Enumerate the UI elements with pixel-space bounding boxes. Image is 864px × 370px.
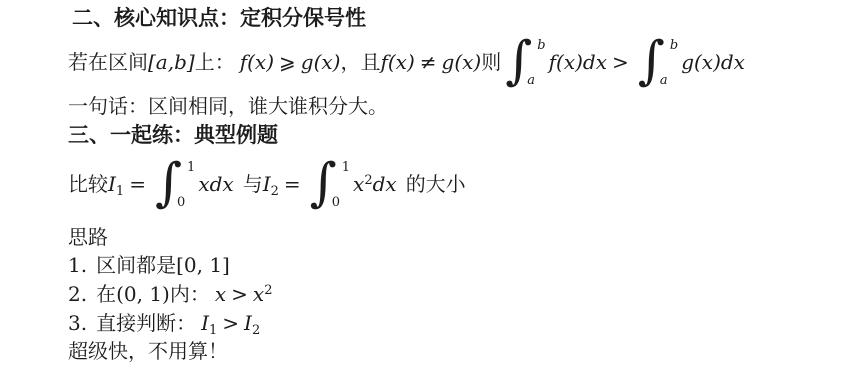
integral-limits: ba <box>532 37 545 88</box>
math-dx: dx <box>373 172 397 196</box>
subscript-2: 2 <box>271 184 279 199</box>
integral-lower-limit: a <box>660 74 678 87</box>
math-f-dx: f(x)dx <box>549 50 607 74</box>
math-interval-ab: [a,b] <box>148 50 195 74</box>
math-g-dx: g(x)dx <box>681 50 745 74</box>
step-text: 在 <box>96 284 116 306</box>
math-x-dx: xdx <box>198 172 233 196</box>
text-run-comma-and: ，且 <box>340 52 380 74</box>
text-run-if-interval: 若在区间 <box>68 52 148 74</box>
geq-symbol: ⩾ <box>279 50 296 74</box>
example-formula-line: 比较I1=∫10xdx与I2=∫10x2dx的大小 <box>68 156 864 212</box>
step-number: 1. <box>68 253 87 277</box>
math-x: x <box>215 282 226 306</box>
math-I: I <box>244 311 252 335</box>
step-1: 1.区间都是[0, 1] <box>68 254 864 277</box>
greater-than-symbol: > <box>222 311 239 335</box>
integral-limits: 10 <box>337 159 350 210</box>
heading-core-knowledge: 二、核心知识点：定积分保号性 <box>72 8 864 30</box>
step-text: 直接判断： <box>96 313 196 335</box>
math-f-of-x: f(x) <box>380 50 414 74</box>
integral-0-to-1: ∫10 <box>310 159 350 210</box>
math-x-squared-dx: x2dx <box>353 174 397 196</box>
closing-sentence: 超级快，不用算！ <box>68 341 864 363</box>
summary-sentence: 一句话：区间相同，谁大谁积分大。 <box>68 96 864 118</box>
math-x-squared: x2 <box>253 284 273 306</box>
integral-a-to-b: ∫ba <box>638 37 678 88</box>
integral-limits: 10 <box>182 159 195 210</box>
greater-than-symbol: > <box>612 50 629 74</box>
integral-0-to-1: ∫10 <box>155 159 195 210</box>
integral-upper-limit: b <box>665 39 678 52</box>
math-f-of-x: f(x) <box>240 50 274 74</box>
integral-lower-limit: 0 <box>177 196 195 209</box>
integral-lower-limit: a <box>527 74 545 87</box>
step-text: 区间都是 <box>96 255 176 277</box>
math-interval-01: [0, 1] <box>176 253 230 277</box>
text-run-then: 则 <box>481 52 501 74</box>
integral-limits: ba <box>665 37 678 88</box>
math-g-of-x: g(x) <box>301 50 341 74</box>
document-page: 二、核心知识点：定积分保号性 若在区间[a,b]上： f(x)⩾g(x)，且f(… <box>0 0 864 363</box>
step-number: 3. <box>68 311 87 335</box>
equals-symbol: = <box>129 172 146 196</box>
superscript-2: 2 <box>264 283 272 298</box>
math-I2: I2 <box>244 313 260 335</box>
math-I: I <box>108 172 116 196</box>
math-I1: I1 <box>201 313 217 335</box>
integral-upper-limit: 1 <box>337 161 350 174</box>
superscript-2: 2 <box>364 173 372 188</box>
step-2: 2.在(0, 1)内： x>x2 <box>68 283 864 306</box>
math-I1: I1 <box>108 174 124 196</box>
step-number: 2. <box>68 282 87 306</box>
equals-symbol: = <box>284 172 301 196</box>
subscript-1: 1 <box>209 323 217 338</box>
text-run-compare: 比较 <box>68 174 108 196</box>
math-open-interval-01: (0, 1) <box>116 282 170 306</box>
sign-preserving-formula-line: 若在区间[a,b]上： f(x)⩾g(x)，且f(x)≠g(x)则∫baf(x)… <box>68 34 864 90</box>
integral-upper-limit: 1 <box>182 161 195 174</box>
math-I: I <box>263 172 271 196</box>
integral-upper-limit: b <box>532 39 545 52</box>
neq-symbol: ≠ <box>420 50 437 74</box>
subscript-1: 1 <box>116 184 124 199</box>
step-text: 内： <box>170 284 210 306</box>
subscript-2: 2 <box>252 323 260 338</box>
math-g-of-x: g(x) <box>442 50 482 74</box>
text-run-on-colon: 上： <box>195 52 235 74</box>
text-run-and: 与 <box>243 174 263 196</box>
math-I2: I2 <box>263 174 279 196</box>
integral-a-to-b: ∫ba <box>505 37 545 88</box>
heading-practice: 三、一起练：典型例题 <box>68 125 864 147</box>
math-x: x <box>353 172 364 196</box>
text-run-size: 的大小 <box>406 174 466 196</box>
integral-lower-limit: 0 <box>332 196 350 209</box>
step-3: 3.直接判断： I1>I2 <box>68 312 864 335</box>
math-x: x <box>253 282 264 306</box>
idea-title: 思路 <box>68 227 864 249</box>
greater-than-symbol: > <box>231 282 248 306</box>
math-I: I <box>201 311 209 335</box>
